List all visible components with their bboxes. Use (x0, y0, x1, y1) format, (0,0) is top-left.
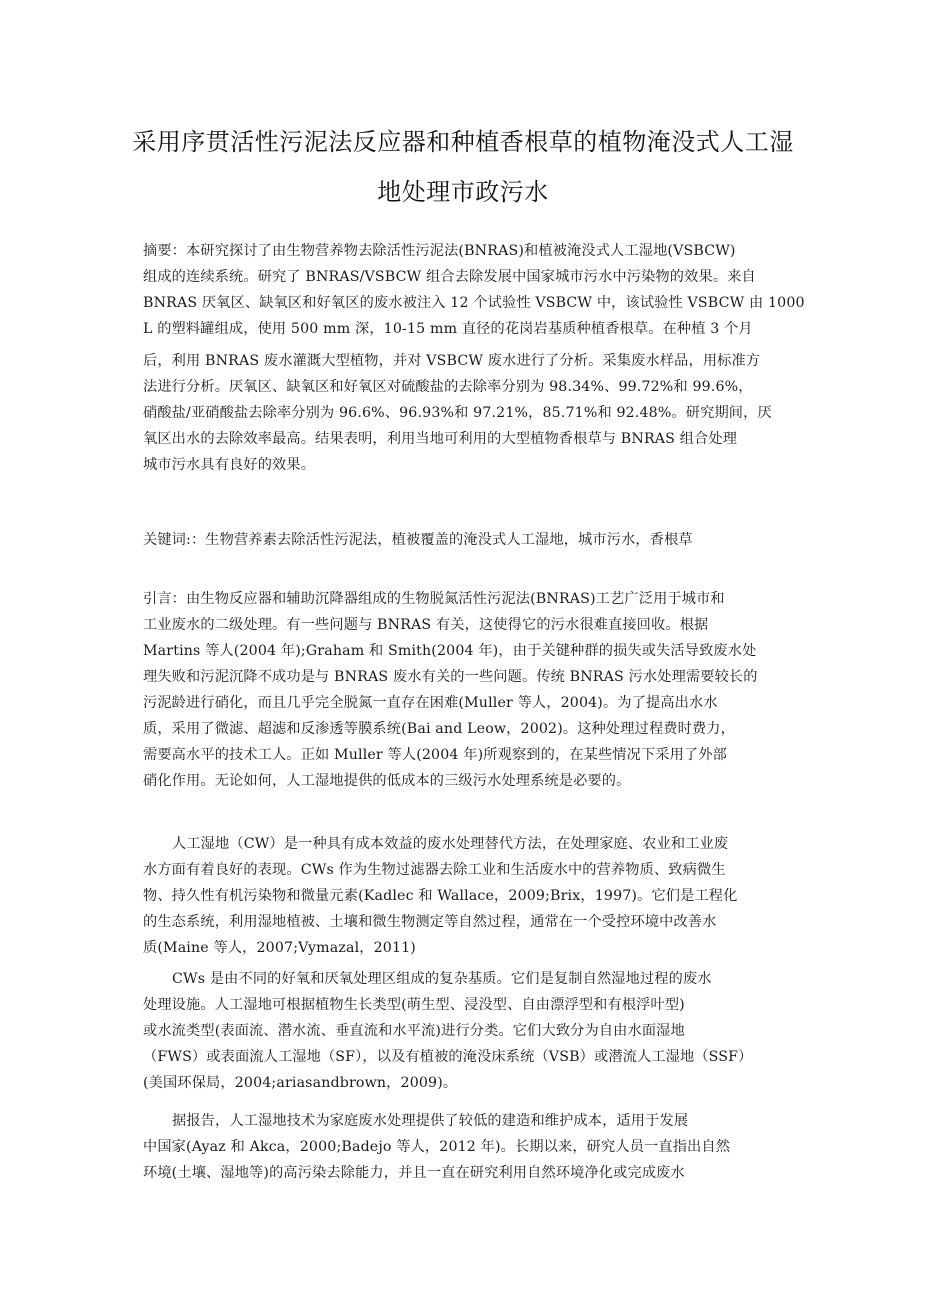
document-page: 采用序贯活性污泥法反应器和种植香根草的植物淹没式人工湿 地处理市政污水 摘要：本… (0, 0, 926, 1309)
paragraph-line: （FWS）或表面流人工湿地（SF），以及有植被的淹没床系统（VSB）或潜流人工湿… (143, 1046, 753, 1066)
abstract-line: L 的塑料罐组成，使用 500 mm 深，10-15 mm 直径的花岗岩基质种植… (143, 318, 753, 338)
abstract-line: 城市污水具有良好的效果。 (143, 454, 315, 474)
paragraph-line: 中国家(Ayaz 和 Akca，2000;Badejo 等人，2012 年)。长… (143, 1136, 730, 1156)
paragraph-line: 质(Maine 等人，2007;Vymazal，2011) (143, 937, 416, 957)
intro-line: Martins 等人(2004 年);Graham 和 Smith(2004 年… (143, 640, 756, 660)
paragraph-line: 据报告，人工湿地技术为家庭废水处理提供了较低的建造和维护成本，适用于发展 (172, 1110, 688, 1130)
paragraph-line: 环境(土壤、湿地等)的高污染去除能力，并且一直在研究利用自然环境净化或完成废水 (143, 1162, 685, 1182)
intro-line: 需要高水平的技术工人。正如 Muller 等人(2004 年)所观察到的，在某些… (143, 744, 727, 764)
intro-line: 工业废水的二级处理。有一些问题与 BNRAS 有关，这使得它的污水很难直接回收。… (143, 614, 708, 634)
title-line-2: 地处理市政污水 (0, 172, 926, 207)
abstract-line: 氧区出水的去除效率最高。结果表明，利用当地可利用的大型植物香根草与 BNRAS … (143, 428, 737, 448)
paragraph-line: 的生态系统，利用湿地植被、土壤和微生物测定等自然过程，通常在一个受控环境中改善水 (143, 911, 717, 931)
abstract-line: 摘要：本研究探讨了由生物营养物去除活性污泥法(BNRAS)和植被淹没式人工湿地(… (143, 240, 736, 260)
paragraph-line: 或水流类型(表面流、潜水流、垂直流和水平流)进行分类。它们大致分为自由水面湿地 (143, 1020, 685, 1040)
intro-line: 引言：由生物反应器和辅助沉降器组成的生物脱氮活性污泥法(BNRAS)工艺广泛用于… (143, 588, 725, 608)
intro-line: 理失败和污泥沉降不成功是与 BNRAS 废水有关的一些问题。传统 BNRAS 污… (143, 666, 758, 686)
intro-line: 质，采用了微滤、超滤和反渗透等膜系统(Bai and Leow，2002)。这种… (143, 718, 735, 738)
intro-line: 污泥龄进行硝化，而且几乎完全脱氮一直存在困难(Muller 等人，2004)。为… (143, 692, 718, 712)
paragraph-line: 处理设施。人工湿地可根据植物生长类型(萌生型、浸没型、自由漂浮型和有根浮叶型) (143, 994, 685, 1014)
title-line-1: 采用序贯活性污泥法反应器和种植香根草的植物淹没式人工湿 (0, 122, 926, 157)
intro-line: 硝化作用。无论如何，人工湿地提供的低成本的三级污水处理系统是必要的。 (143, 770, 630, 790)
paragraph-line: 人工湿地（CW）是一种具有成本效益的废水处理替代方法，在处理家庭、农业和工业废 (172, 833, 728, 853)
keywords: 关键词:：生物营养素去除活性污泥法，植被覆盖的淹没式人工湿地，城市污水，香根草 (143, 529, 693, 549)
paragraph-line: 物、持久性有机污染物和微量元素(Kadlec 和 Wallace，2009;Br… (143, 885, 737, 905)
paragraph-line: (美国环保局，2004;ariasandbrown，2009)。 (143, 1072, 457, 1092)
paragraph-line: CWs 是由不同的好氧和厌氧处理区组成的复杂基质。它们是复制自然湿地过程的废水 (172, 968, 712, 988)
paragraph-line: 水方面有着良好的表现。CWs 作为生物过滤器去除工业和生活废水中的营养物质、致病… (143, 859, 726, 879)
abstract-line: 组成的连续系统。研究了 BNRAS/VSBCW 组合去除发展中国家城市污水中污染… (143, 266, 756, 286)
abstract-line: 硝酸盐/亚硝酸盐去除率分别为 96.6%、96.93%和 97.21%，85.7… (143, 402, 772, 422)
abstract-line: BNRAS 厌氧区、缺氧区和好氧区的废水被注入 12 个试验性 VSBCW 中，… (143, 292, 805, 312)
abstract-line: 后，利用 BNRAS 废水灌溉大型植物，并对 VSBCW 废水进行了分析。采集废… (143, 350, 760, 370)
abstract-line: 法进行分析。厌氧区、缺氧区和好氧区对硫酸盐的去除率分别为 98.34%、99.7… (143, 376, 753, 396)
